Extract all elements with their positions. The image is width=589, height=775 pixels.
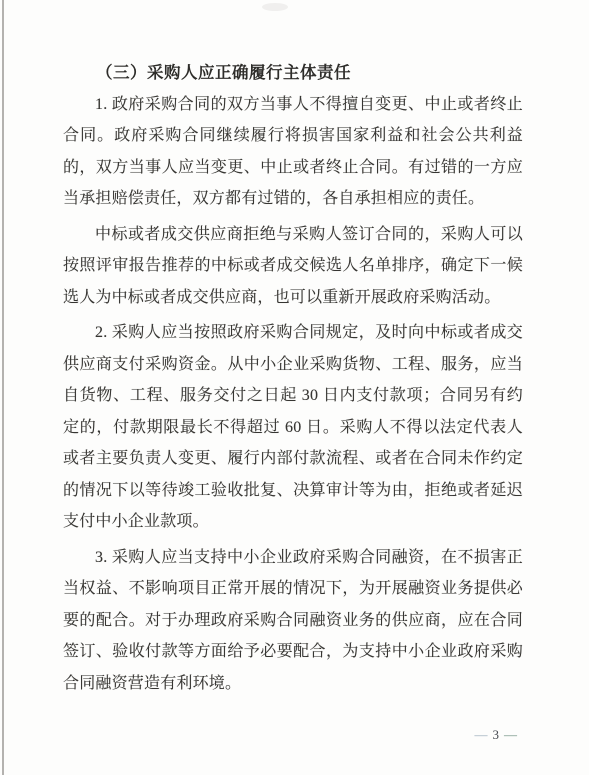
paragraph-contract-modification: 1. 政府采购合同的双方当事人不得擅自变更、中止或者终止合同。政府采购合同继续履…	[63, 89, 523, 215]
page-number: —3—	[475, 727, 519, 743]
section-heading: （三）采购人应正确履行主体责任	[63, 57, 523, 89]
scanned-document-page: （三）采购人应正确履行主体责任 1. 政府采购合同的双方当事人不得擅自变更、中止…	[0, 0, 589, 775]
page-number-value: 3	[489, 727, 505, 742]
document-body: （三）采购人应正确履行主体责任 1. 政府采购合同的双方当事人不得擅自变更、中止…	[63, 57, 523, 699]
page-number-dash-right: —	[504, 727, 518, 742]
scan-smudge-artifact	[262, 3, 288, 11]
paragraph-supplier-refusal: 中标或者成交供应商拒绝与采购人签订合同的，采购人可以按照评审报告推荐的中标或者成…	[63, 219, 523, 314]
scan-edge-line	[2, 0, 4, 775]
paragraph-sme-financing: 3. 采购人应当支持中小企业政府采购合同融资，在不损害正当权益、不影响项目正常开…	[63, 542, 523, 700]
page-number-dash-left: —	[475, 727, 489, 742]
paragraph-payment-terms: 2. 采购人应当按照政府采购合同规定，及时向中标或者成交供应商支付采购资金。从中…	[63, 317, 523, 538]
